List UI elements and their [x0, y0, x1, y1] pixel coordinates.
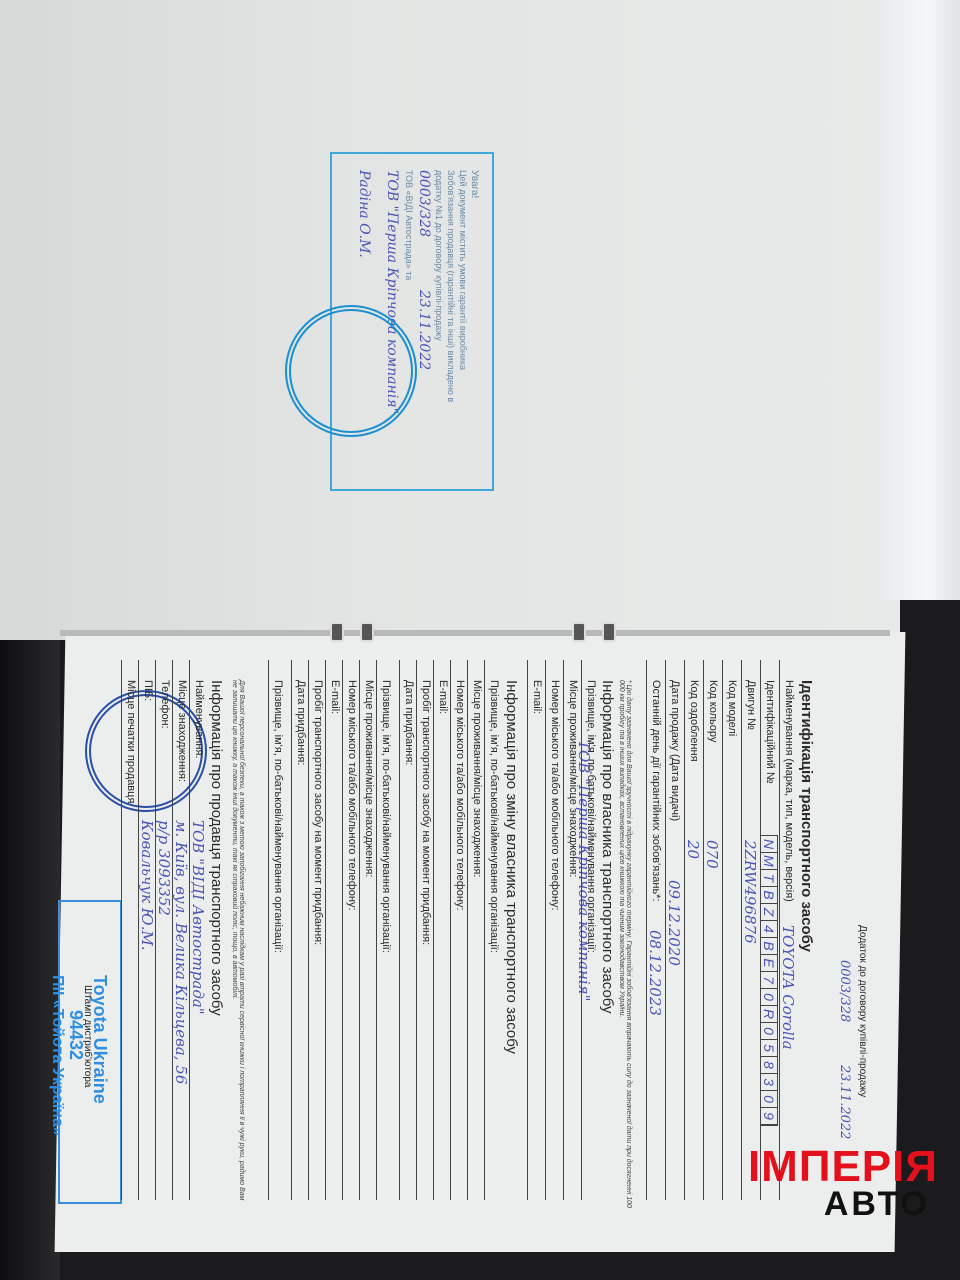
logo-line1: ІМПЕРІЯ	[748, 1145, 938, 1189]
seller-row-value: р/р 3093352	[155, 820, 173, 916]
form-line	[760, 660, 761, 1200]
form-line	[359, 660, 360, 1200]
owner-change-row-label: Дата придбання:	[295, 680, 307, 765]
notice-heading: Увага!	[469, 170, 480, 198]
form-line	[722, 660, 723, 1200]
vehicle-row-value: 09.12.2020	[665, 880, 683, 966]
form-line	[646, 660, 647, 1200]
owner-change-title: Інформація про зміну власника транспортн…	[503, 680, 520, 1054]
form-line	[291, 660, 292, 1200]
binding-ring	[360, 622, 374, 642]
form-line	[467, 660, 468, 1200]
logo-line2: АВТО	[748, 1189, 930, 1220]
notice-text: ТОВ «ВІДІ Автострада» та	[404, 170, 414, 280]
form-line	[741, 660, 742, 1200]
form-line	[779, 660, 780, 1200]
owner-change-row-label: E-mail:	[437, 680, 449, 714]
form-line	[684, 660, 685, 1200]
form-line	[172, 660, 173, 1200]
vin-box: NMTBZ4BE70R058309	[760, 835, 778, 1126]
vehicle-row-label: Найменування (марка, тип, модель, версія…	[783, 680, 795, 902]
seller-row-label: Телефон:	[159, 680, 171, 729]
owner-change-row-label: Номер міського та/або мобільного телефон…	[346, 680, 358, 911]
owner-row-label: E-mail:	[531, 680, 543, 714]
vehicle-identification-title: Ідентифікація транспортного засобу	[798, 680, 815, 952]
vehicle-row-value: TOYOTA Corolla	[779, 925, 797, 1050]
vehicle-row-label: Код кольору	[707, 680, 719, 742]
appendix-date: 23.11.2022	[837, 1065, 852, 1139]
owner-change-row-label: Пробіг транспортного засобу на момент пр…	[312, 680, 324, 945]
vehicle-row-label: Останній день дії гарантійних зобов'язан…	[650, 680, 662, 902]
form-line	[121, 660, 122, 1200]
form-line	[703, 660, 704, 1200]
form-line	[399, 660, 400, 1200]
vehicle-row-label: Ідентифікаційний №	[764, 680, 776, 784]
owner-change-row-label: E-mail:	[329, 680, 341, 714]
notice-signature: Радіна О.М.	[356, 170, 372, 258]
vehicle-row-label: Код моделі	[726, 680, 738, 736]
owner-change-row-label: Прізвище, ім'я, по-батькові/найменування…	[272, 680, 284, 953]
plastic-sleeve	[880, 0, 960, 600]
notice-text: Зобов'язання продавця (гарантійні та інш…	[446, 170, 456, 402]
form-line	[416, 660, 417, 1200]
owner-change-row-label: Прізвище, ім'я, по-батькові/найменування…	[380, 680, 392, 953]
form-line	[545, 660, 546, 1200]
distributor-company: ПІІ «Тойота Україна»	[48, 975, 66, 1136]
imperia-avto-logo: ІМПЕРІЯ АВТО	[748, 1145, 938, 1220]
owner-change-row-label: Прізвище, ім'я, по-батькові/найменування…	[488, 680, 500, 953]
form-line	[665, 660, 666, 1200]
company-seal	[285, 305, 417, 437]
form-line	[325, 660, 326, 1200]
vehicle-row-value: 20	[684, 840, 702, 859]
vehicle-row-value: 08.12.2023	[646, 930, 664, 1016]
vehicle-row-label: Двигун №	[745, 680, 757, 730]
form-line	[450, 660, 451, 1200]
appendix-number: 0003/328	[837, 960, 852, 1022]
notice-contract-date: 23.11.2022	[416, 290, 432, 370]
seller-row-value: Ковальчук Ю.М.	[138, 820, 156, 951]
vehicle-row-value: 070	[703, 840, 721, 869]
seller-row-label: Місце знаходження:	[176, 680, 188, 782]
owner-change-row-label: Місце проживання/місце знаходження:	[363, 680, 375, 877]
distributor-number: 94432	[65, 1010, 86, 1060]
seller-row-label: Місце печатки продавця	[125, 680, 137, 803]
owner-row-label: Номер міського та/або мобільного телефон…	[549, 680, 561, 911]
form-line	[138, 660, 139, 1200]
warranty-footnote: * Цю дату зазначено для Вашої зручності …	[618, 680, 632, 1210]
binding-ring	[572, 622, 586, 642]
seller-row-value: ТОВ "ВІДІ Автострада"	[189, 820, 207, 1015]
vehicle-row-label: Дата продажу (Дата видачі)	[669, 680, 681, 821]
form-line	[308, 660, 309, 1200]
owner-change-row-label: Пробіг транспортного засобу на момент пр…	[420, 680, 432, 945]
owner-info-title: Інформація про власника транспортного за…	[599, 680, 616, 1014]
seller-row-label: Найменування:	[193, 680, 205, 758]
notice-text: додатку №1 до договору купівлі-продажу	[434, 170, 444, 341]
owner-change-row-label: Місце проживання/місце знаходження:	[471, 680, 483, 877]
owner-change-row-label: Дата придбання:	[403, 680, 415, 765]
owner-row-label: Місце проживання/місце знаходження:	[567, 680, 579, 877]
seller-row-value: м. Київ, вул. Велика Кільцева, 56	[172, 820, 190, 1084]
seller-row-label: ПІБ:	[142, 680, 154, 701]
vehicle-row-label: Код оздоблення	[688, 680, 700, 762]
seller-info-title: Інформація про продавця транспортного за…	[208, 680, 225, 1016]
notice-contract-number: 0003/328	[416, 170, 432, 237]
form-line	[484, 660, 485, 1200]
notice-text: Цей документ містить умови гарантії виро…	[458, 170, 468, 370]
safety-note: Для Вашої персональної безпеки, а також …	[231, 680, 245, 1210]
form-line	[342, 660, 343, 1200]
form-line	[581, 660, 582, 1200]
owner-change-row-label: Номер міського та/або мобільного телефон…	[454, 680, 466, 911]
form-line	[376, 660, 377, 1200]
binding-ring	[602, 622, 616, 642]
binding-ring	[330, 622, 344, 642]
book-spine	[60, 630, 890, 636]
form-line	[268, 660, 269, 1200]
vehicle-row-value: 2ZRW496876	[741, 840, 759, 944]
form-line	[527, 660, 528, 1200]
form-line	[433, 660, 434, 1200]
appendix-label: Додаток до договору купівлі-продажу	[857, 925, 868, 1097]
form-line	[563, 660, 564, 1200]
